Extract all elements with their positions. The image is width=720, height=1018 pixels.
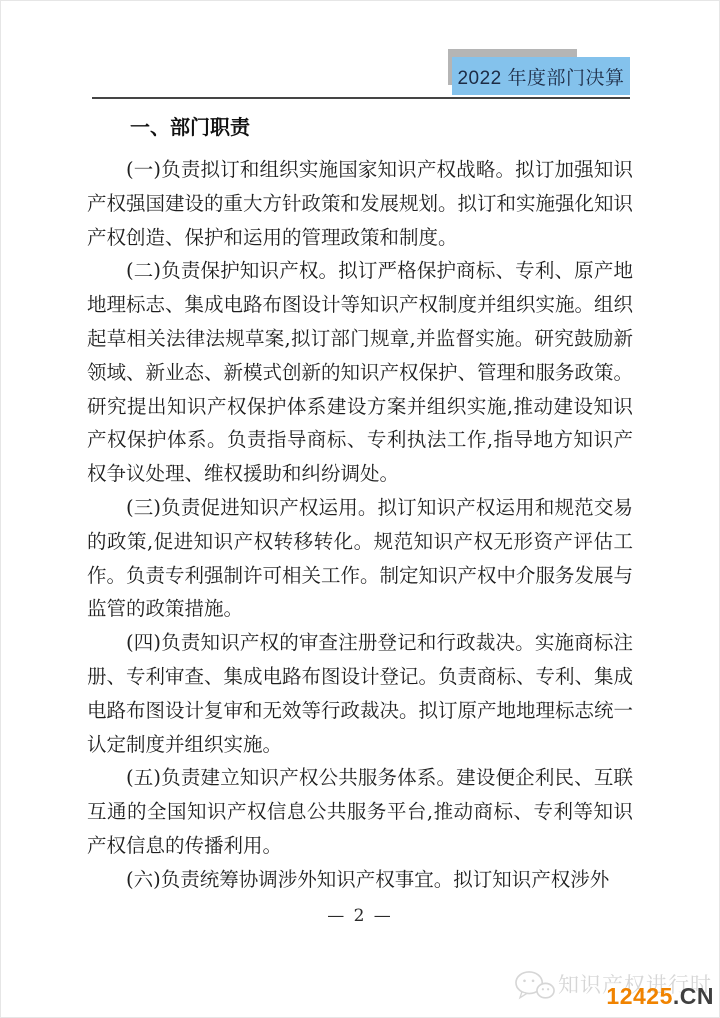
banner-label: 2022 年度部门决算	[457, 63, 624, 90]
paragraph: (五)负责建立知识产权公共服务体系。建设便企利民、互联互通的全国知识产权信息公共…	[87, 761, 633, 862]
watermark-domain-tld: .CN	[673, 983, 714, 1009]
report-banner: 2022 年度部门决算	[452, 57, 630, 95]
header-rule	[92, 97, 630, 99]
paragraph: (二)负责保护知识产权。拟订严格保护商标、专利、原产地地理标志、集成电路布图设计…	[87, 254, 633, 491]
section-title: 一、部门职责	[87, 112, 633, 142]
chat-bubbles-icon	[514, 970, 556, 1002]
page-number: — 2 —	[0, 906, 720, 926]
paragraph: (六)负责统筹协调涉外知识产权事宜。拟订知识产权涉外	[87, 863, 633, 897]
paragraph: (四)负责知识产权的审查注册登记和行政裁决。实施商标注册、专利审查、集成电路布图…	[87, 626, 633, 761]
document-body: 一、部门职责 (一)负责拟订和组织实施国家知识产权战略。拟订加强知识产权强国建设…	[87, 112, 633, 897]
watermark-domain-number: 12425	[606, 983, 672, 1009]
watermark-domain: 12425.CN	[606, 983, 714, 1010]
paragraph: (三)负责促进知识产权运用。拟订知识产权运用和规范交易的政策,促进知识产权转移转…	[87, 491, 633, 626]
paragraph: (一)负责拟订和组织实施国家知识产权战略。拟订加强知识产权强国建设的重大方针政策…	[87, 153, 633, 254]
site-watermark: 知识产权进行时 12425.CN	[514, 958, 716, 1012]
document-page: 2022 年度部门决算 一、部门职责 (一)负责拟订和组织实施国家知识产权战略。…	[0, 0, 720, 1018]
